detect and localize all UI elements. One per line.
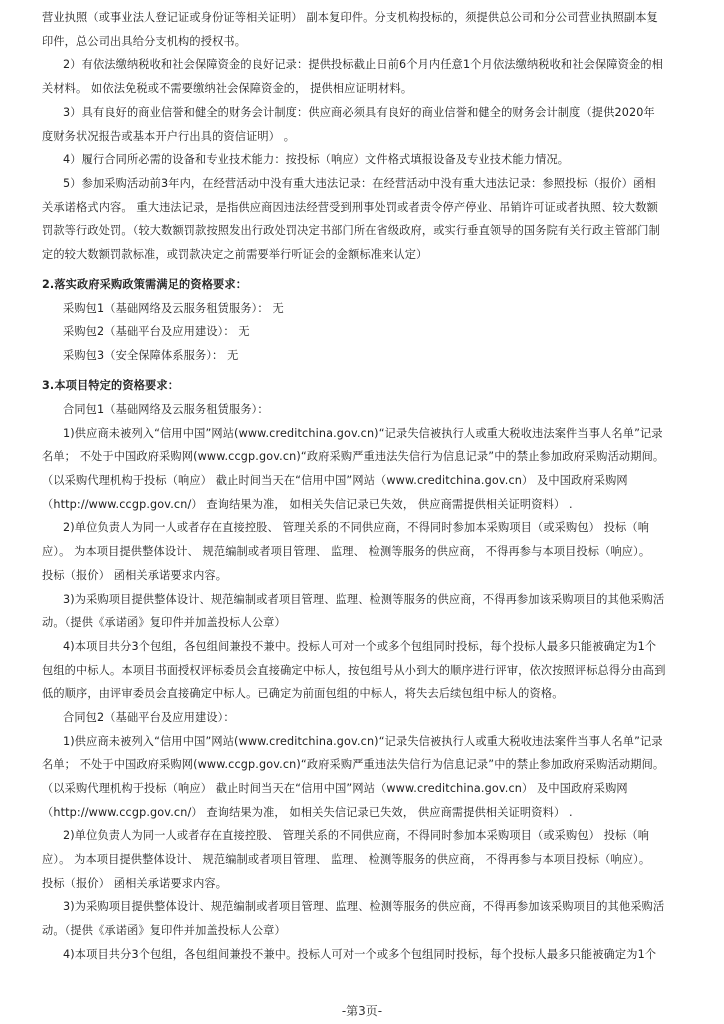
text-line: 定的较大数额罚款标准，或罚款决定之前需要举行听证会的金额标准来认定）: [42, 248, 427, 262]
text-line: 4)本项目共分3个包组，各包组间兼投不兼中。投标人可对一个或多个包组同时投标，每…: [63, 948, 656, 962]
text-line: 罚款等行政处罚。（较大数额罚款按照发出行政处罚决定书部门所在省级政府，或实行垂直…: [42, 224, 660, 238]
text-line: 3）具有良好的商业信誉和健全的财务会计制度：供应商必须具有良好的商业信誉和健全的…: [63, 106, 655, 120]
text-line: 关承诺格式内容。 重大违法记录，是指供应商因违法经营受到刑事处罚或者责令停产停业…: [42, 201, 658, 215]
text-line: 3)为采购项目提供整体设计、规范编制或者项目管理、监理、检测等服务的供应商，不得…: [63, 593, 664, 607]
page-number: -第3页-: [0, 1002, 724, 1019]
text-line: 低的顺序，由评审委员会直接确定中标人。已确定为前面包组的中标人，将失去后续包组中…: [42, 687, 564, 701]
text-line: （http://www.ccgp.gov.cn/） 查询结果为准， 如相关失信记…: [42, 806, 573, 820]
package-title: 合同包2（基础平台及应用建设）：: [63, 711, 235, 725]
text-line: （http://www.ccgp.gov.cn/） 查询结果为准， 如相关失信记…: [42, 498, 573, 512]
text-line: （以采购代理机构于投标（响应） 截止时间当天在“信用中国”网站（www.cred…: [42, 782, 628, 796]
text-line: （以采购代理机构于投标（响应） 截止时间当天在“信用中国”网站（www.cred…: [42, 474, 628, 488]
text-line: 4)本项目共分3个包组，各包组间兼投不兼中。投标人可对一个或多个包组同时投标，每…: [63, 640, 656, 654]
package-title: 合同包1（基础网络及云服务租赁服务）：: [63, 403, 269, 417]
text-line: 名单； 不处于中国政府采购网(www.ccgp.gov.cn)“政府采购严重违法…: [42, 758, 664, 772]
text-line: 包组的中标人。本项目书面授权评标委员会直接确定中标人，按包组号从小到大的顺序进行…: [42, 664, 666, 678]
section-heading: 2.落实政府采购政策需满足的资格要求：: [42, 278, 247, 292]
text-line: 1)供应商未被列入“信用中国”网站(www.creditchina.gov.cn…: [63, 427, 663, 441]
text-line: 2）有依法缴纳税收和社会保障资金的良好记录：提供投标截止日前6个月内任意1个月依…: [63, 58, 663, 72]
text-line: 动。（提供《承诺函》复印件并加盖投标人公章）: [42, 924, 286, 938]
text-line: 名单； 不处于中国政府采购网(www.ccgp.gov.cn)“政府采购严重违法…: [42, 450, 664, 464]
text-line: 关材料。 如依法免税或不需要缴纳社会保障资金的， 提供相应证明材料。: [42, 82, 412, 96]
text-line: 动。（提供《承诺函》复印件并加盖投标人公章）: [42, 616, 286, 630]
text-line: 4）履行合同所必需的设备和专业技术能力：按投标（响应）文件格式填报设备及专业技术…: [63, 153, 569, 167]
list-item: 采购包1（基础网络及云服务租赁服务）： 无: [63, 302, 284, 316]
text-line: 2)单位负责人为同一人或者存在直接控股、 管理关系的不同供应商，不得同时参加本采…: [63, 829, 649, 843]
text-line: 应）。 为本项目提供整体设计、 规范编制或者项目管理、 监理、 检测等服务的供应…: [42, 545, 650, 559]
text-line: 1)供应商未被列入“信用中国”网站(www.creditchina.gov.cn…: [63, 735, 663, 749]
text-line: 营业执照（或事业法人登记证或身份证等相关证明） 副本复印件。分支机构投标的，须提…: [42, 11, 658, 25]
text-line: 印件，总公司出具给分支机构的授权书。: [42, 35, 246, 49]
text-line: 应）。 为本项目提供整体设计、 规范编制或者项目管理、 监理、 检测等服务的供应…: [42, 853, 650, 867]
list-item: 采购包2（基础平台及应用建设）： 无: [63, 325, 250, 339]
section-heading: 3.本项目特定的资格要求：: [42, 379, 179, 393]
text-line: 投标（报价） 函相关承诺要求内容。: [42, 877, 227, 891]
list-item: 采购包3（安全保障体系服务）： 无: [63, 349, 238, 363]
text-line: 3)为采购项目提供整体设计、规范编制或者项目管理、监理、检测等服务的供应商，不得…: [63, 900, 664, 914]
text-line: 度财务状况报告或基本开户行出具的资信证明） 。: [42, 130, 295, 144]
text-line: 5）参加采购活动前3年内，在经营活动中没有重大违法记录：在经营活动中没有重大违法…: [63, 177, 656, 191]
text-line: 投标（报价） 函相关承诺要求内容。: [42, 569, 227, 583]
text-line: 2)单位负责人为同一人或者存在直接控股、 管理关系的不同供应商，不得同时参加本采…: [63, 521, 649, 535]
